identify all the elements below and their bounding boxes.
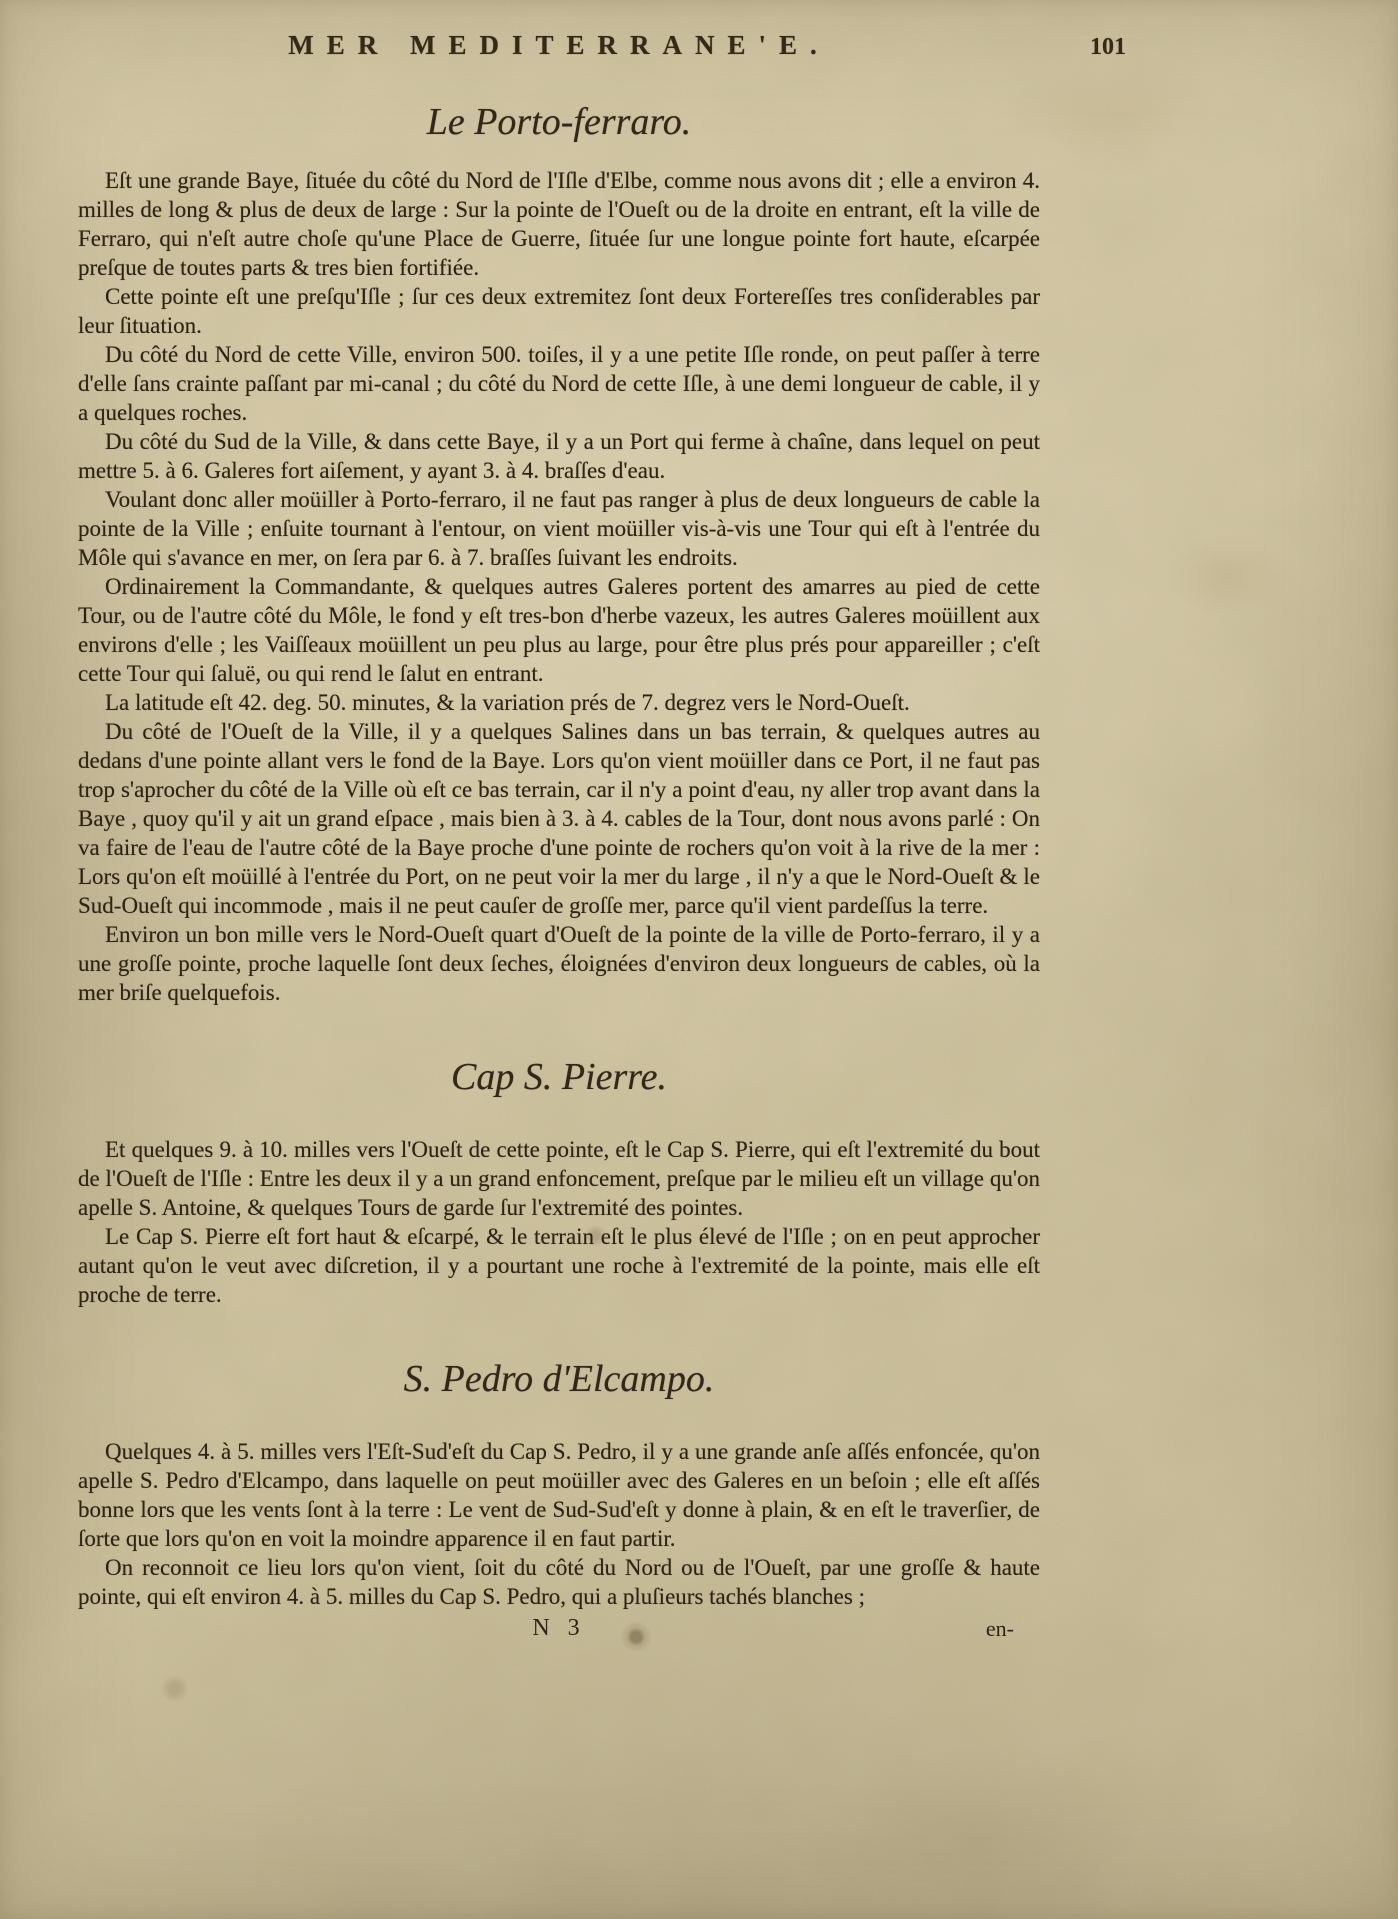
- paragraph: Cette pointe eſt une preſqu'Iſle ; ſur c…: [78, 282, 1040, 340]
- paragraph: Du côté du Nord de cette Ville, environ …: [78, 340, 1040, 427]
- section-heading-cap-s-pierre: Cap S. Pierre.: [78, 1055, 1040, 1099]
- paragraph: Voulant donc aller moüiller à Porto-ferr…: [78, 485, 1040, 572]
- paragraph: Ordinairement la Commandante, & quelques…: [78, 572, 1040, 688]
- running-header: MER MEDITERRANE'E.: [78, 30, 1040, 61]
- paragraph: Du côté du Sud de la Ville, & dans cette…: [78, 427, 1040, 485]
- paragraph: Le Cap S. Pierre eſt fort haut & eſcarpé…: [78, 1222, 1040, 1309]
- paragraph: La latitude eſt 42. deg. 50. minutes, & …: [78, 688, 1040, 717]
- page-content: MER MEDITERRANE'E. 101 Le Porto-ferraro.…: [0, 0, 1398, 1655]
- section-s-pedro-delcampo: S. Pedro d'Elcampo. Quelques 4. à 5. mil…: [78, 1357, 1040, 1611]
- text-block: MER MEDITERRANE'E. 101 Le Porto-ferraro.…: [78, 30, 1040, 1655]
- paragraph: Quelques 4. à 5. milles vers l'Eſt-Sud'e…: [78, 1437, 1040, 1553]
- section-cap-s-pierre: Cap S. Pierre. Et quelques 9. à 10. mill…: [78, 1055, 1040, 1309]
- section-heading-porto-ferraro: Le Porto-ferraro.: [78, 100, 1040, 144]
- paragraph: Du côté de l'Oueſt de la Ville, il y a q…: [78, 717, 1040, 920]
- page-footer: N 3 en-: [78, 1615, 1040, 1655]
- section-heading-s-pedro-delcampo: S. Pedro d'Elcampo.: [78, 1357, 1040, 1401]
- signature-mark: N 3: [78, 1615, 1040, 1642]
- paragraph: Et quelques 9. à 10. milles vers l'Oueſt…: [78, 1135, 1040, 1222]
- page-number: 101: [1090, 34, 1126, 61]
- page-header: MER MEDITERRANE'E. 101: [78, 30, 1040, 76]
- catchword: en-: [986, 1616, 1014, 1642]
- paragraph: Eſt une grande Baye, ſituée du côté du N…: [78, 166, 1040, 282]
- book-page-scan: MER MEDITERRANE'E. 101 Le Porto-ferraro.…: [0, 0, 1398, 1919]
- section-porto-ferraro: Le Porto-ferraro. Eſt une grande Baye, ſ…: [78, 100, 1040, 1007]
- paragraph: On reconnoit ce lieu lors qu'on vient, ſ…: [78, 1553, 1040, 1611]
- paragraph: Environ un bon mille vers le Nord-Oueſt …: [78, 920, 1040, 1007]
